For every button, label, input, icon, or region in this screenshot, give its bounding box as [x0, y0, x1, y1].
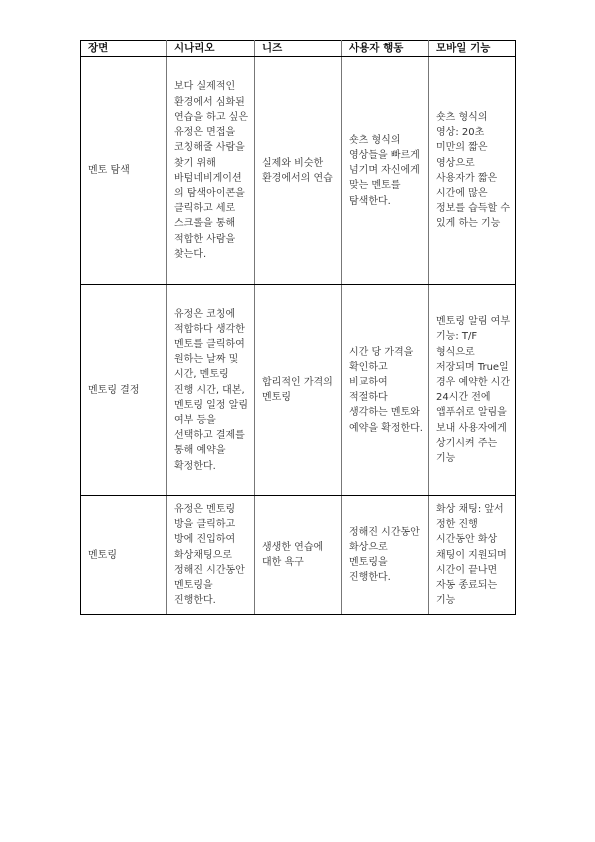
cell-scenario: 유정은 멘토링 방을 클릭하고 방에 진입하여 화상채팅으로 정해진 시간동안 …: [167, 496, 255, 615]
cell-needs: 실제와 비슷한 환경에서의 연습: [255, 57, 342, 285]
table-header-row: 장면 시나리오 니즈 사용자 행동 모바일 기능: [81, 41, 516, 57]
header-mobile-feature: 모바일 기능: [429, 41, 516, 57]
cell-user-action: 숏츠 형식의 영상들을 빠르게 넘기며 자신에게 맞는 멘토를 탐색한다.: [342, 57, 429, 285]
header-needs: 니즈: [255, 41, 342, 57]
cell-scenario: 보다 실제적인 환경에서 심화된 연습을 하고 싶은 유정은 면접을 코칭해줄 …: [167, 57, 255, 285]
cell-mobile-feature: 화상 채팅: 앞서 정한 진행 시간동안 화상 채팅이 지원되며 시간이 끝나면…: [429, 496, 516, 615]
cell-needs: 생생한 연습에 대한 욕구: [255, 496, 342, 615]
cell-scenario: 유정은 코칭에 적합하다 생각한 멘토를 클릭하여 원하는 날짜 및 시간, 멘…: [167, 285, 255, 496]
cell-scene: 멘토링: [81, 496, 167, 615]
header-scenario: 시나리오: [167, 41, 255, 57]
cell-needs: 합리적인 가격의 멘토링: [255, 285, 342, 496]
cell-scene: 멘토 탐색: [81, 57, 167, 285]
table-row: 멘토 탐색 보다 실제적인 환경에서 심화된 연습을 하고 싶은 유정은 면접을…: [81, 57, 516, 285]
table-row: 멘토링 결정 유정은 코칭에 적합하다 생각한 멘토를 클릭하여 원하는 날짜 …: [81, 285, 516, 496]
cell-mobile-feature: 숏츠 형식의 영상: 20초 미만의 짧은 영상으로 사용자가 짧은 시간에 많…: [429, 57, 516, 285]
scenario-table: 장면 시나리오 니즈 사용자 행동 모바일 기능 멘토 탐색 보다 실제적인 환…: [80, 40, 516, 615]
cell-mobile-feature: 멘토링 알림 여부 기능: T/F 형식으로 저장되며 True일 경우 예약한…: [429, 285, 516, 496]
header-scene: 장면: [81, 41, 167, 57]
document-page: 장면 시나리오 니즈 사용자 행동 모바일 기능 멘토 탐색 보다 실제적인 환…: [0, 0, 595, 842]
cell-user-action: 정해진 시간동안 화상으로 멘토링을 진행한다.: [342, 496, 429, 615]
table-row: 멘토링 유정은 멘토링 방을 클릭하고 방에 진입하여 화상채팅으로 정해진 시…: [81, 496, 516, 615]
cell-scene: 멘토링 결정: [81, 285, 167, 496]
cell-user-action: 시간 당 가격을 확인하고 비교하여 적절하다 생각하는 멘토와 예약을 확정한…: [342, 285, 429, 496]
header-user-action: 사용자 행동: [342, 41, 429, 57]
